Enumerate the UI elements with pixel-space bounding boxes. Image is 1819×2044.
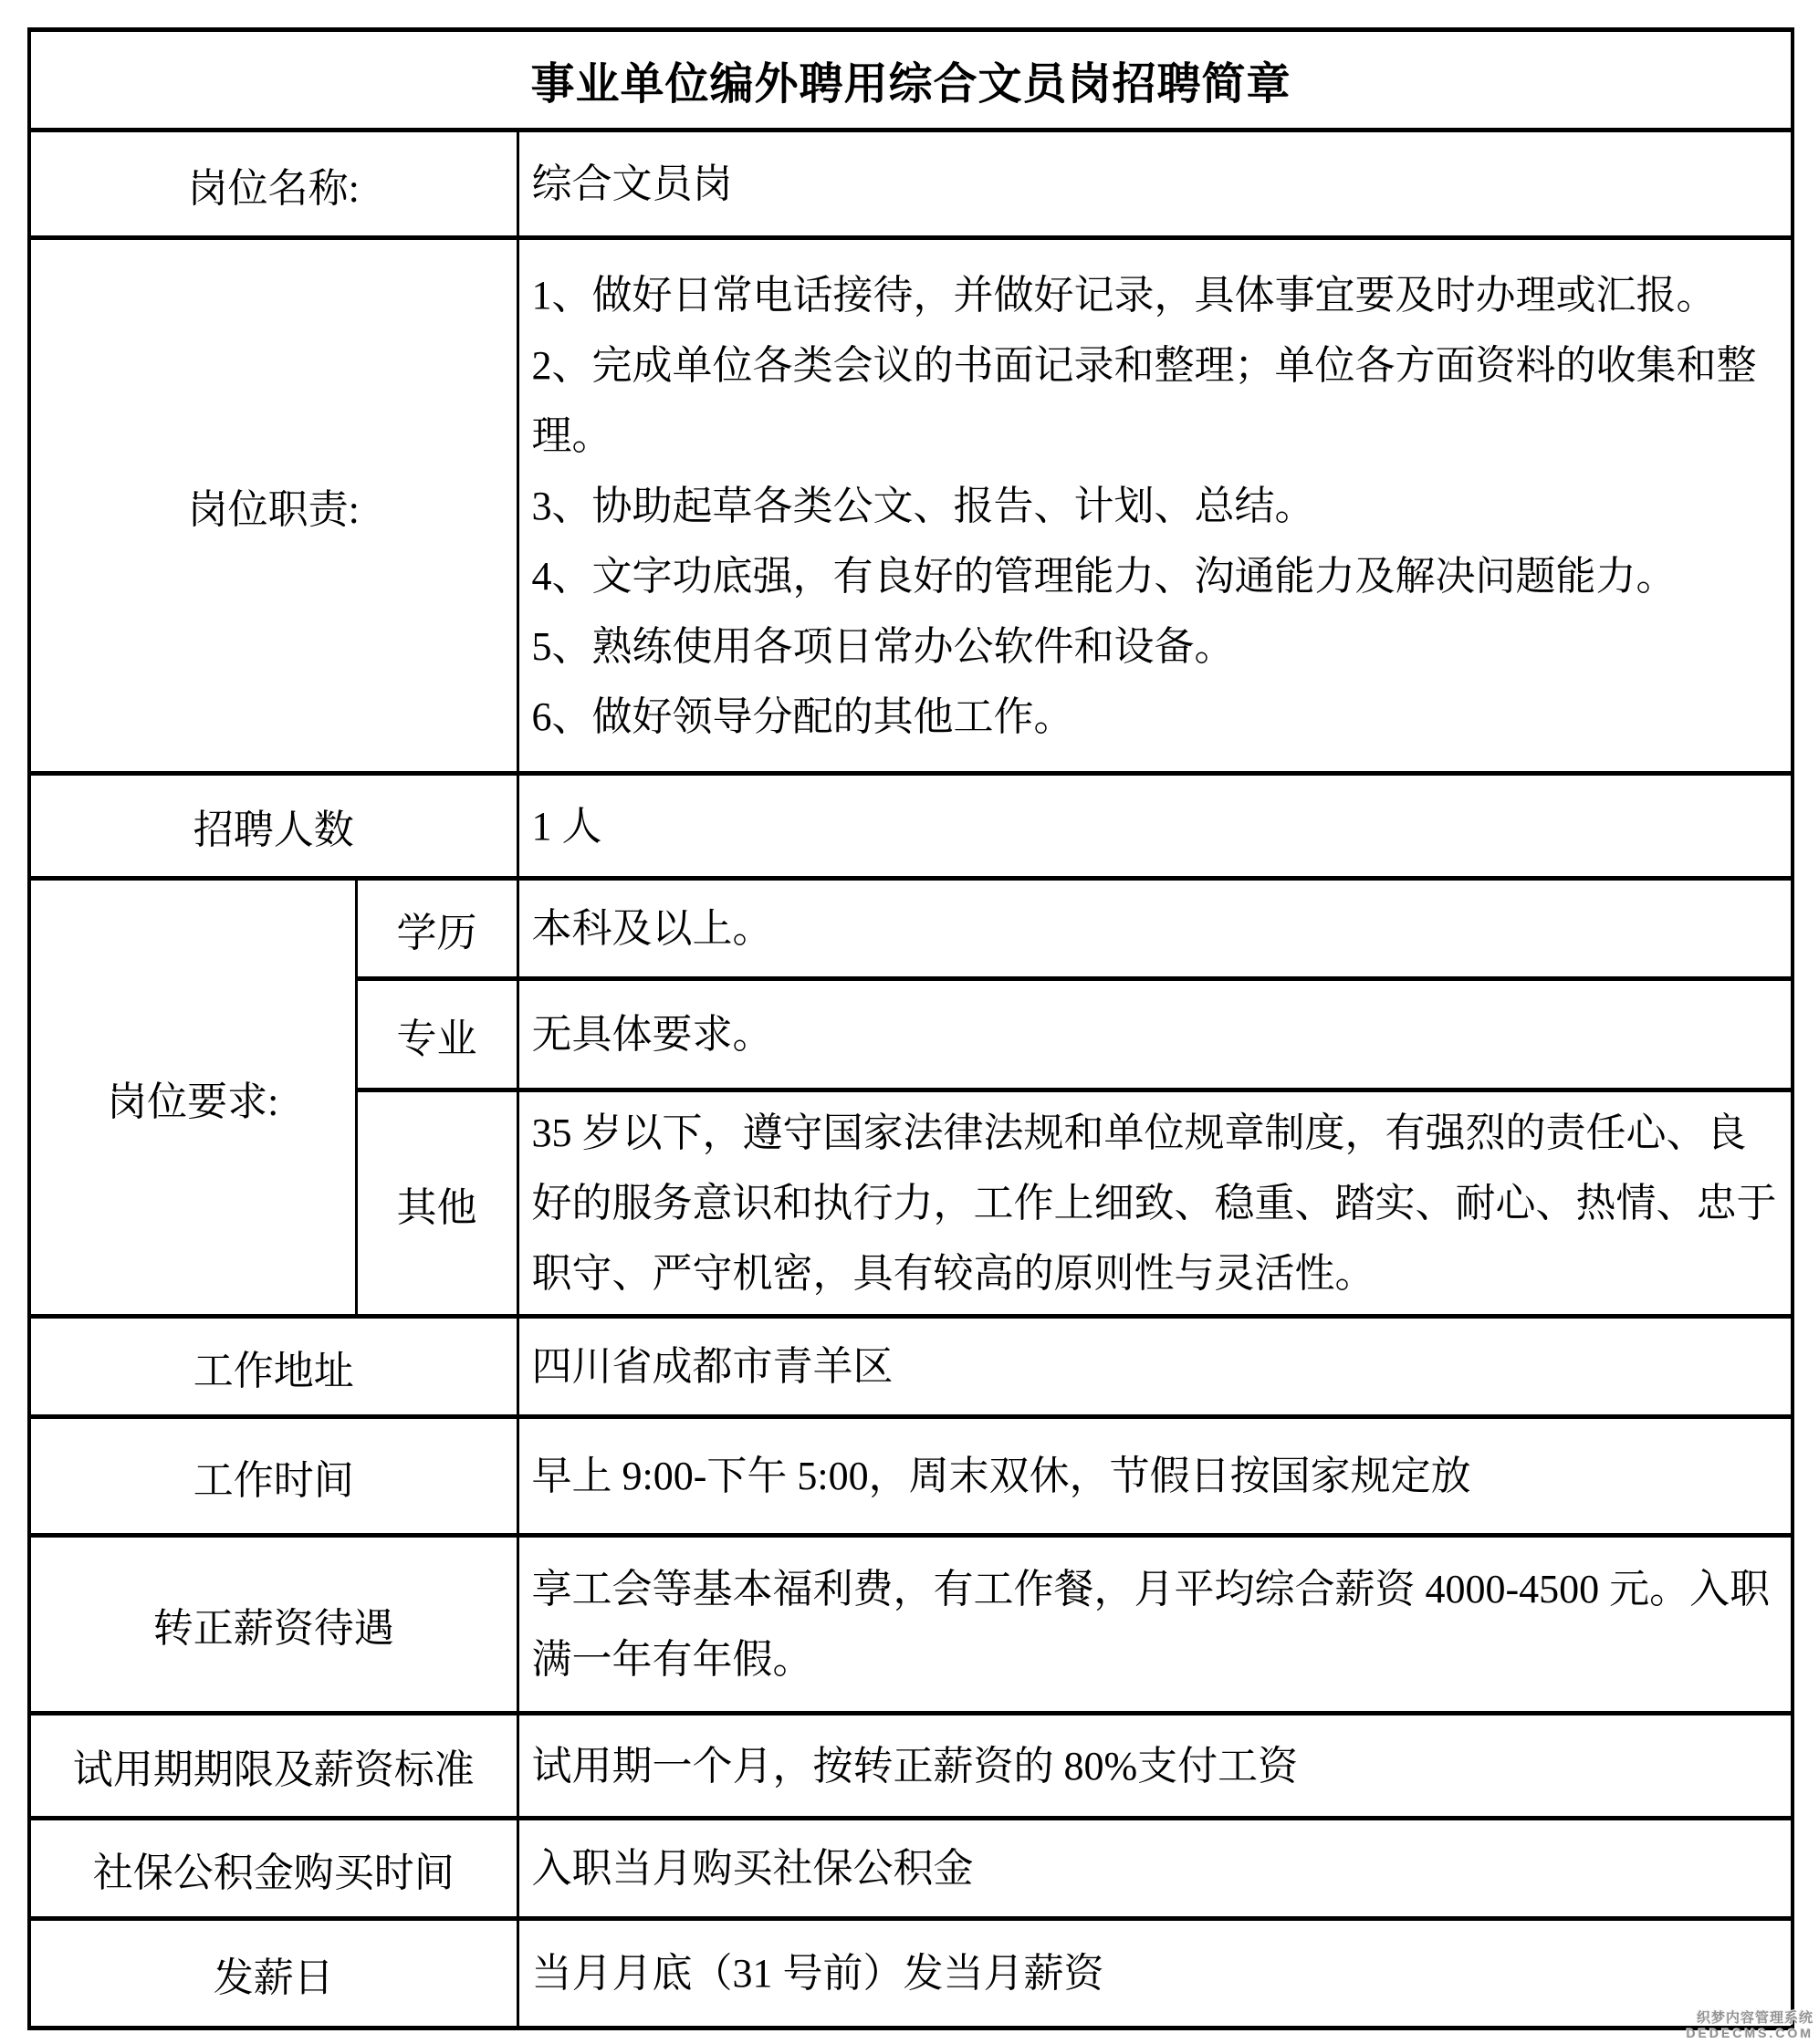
duty-item: 3、协助起草各类公文、报告、计划、总结。 [532,471,1784,541]
duty-item: 1、做好日常电话接待，并做好记录，具体事宜要及时办理或汇报。 [532,260,1784,330]
payday-label: 发薪日 [29,1919,517,2028]
social-security-value: 入职当月购买社保公积金 [517,1819,1793,1919]
table-row: 社保公积金购买时间 入职当月购买社保公积金 [29,1819,1793,1919]
document-title: 事业单位编外聘用综合文员岗招聘简章 [29,30,1793,130]
social-security-label: 社保公积金购买时间 [29,1819,517,1919]
address-value: 四川省成都市青羊区 [517,1317,1793,1417]
salary-label: 转正薪资待遇 [29,1536,517,1714]
table-row: 工作地址 四川省成都市青羊区 [29,1317,1793,1417]
duty-item: 6、做好领导分配的其他工作。 [532,682,1784,752]
major-value: 无具体要求。 [517,979,1793,1090]
address-label: 工作地址 [29,1317,517,1417]
headcount-value: 1 人 [517,774,1793,879]
requirements-label: 岗位要求: [29,879,356,1317]
other-requirements-label: 其他 [356,1090,517,1317]
probation-label: 试用期期限及薪资标准 [29,1714,517,1819]
watermark-en-text: DEDECMS.COM [1686,2027,1814,2040]
recruitment-table: 事业单位编外聘用综合文员岗招聘简章 岗位名称: 综合文员岗 岗位职责: 1、做好… [27,27,1794,2030]
duty-item: 2、完成单位各类会议的书面记录和整理；单位各方面资料的收集和整理。 [532,330,1784,471]
title-row: 事业单位编外聘用综合文员岗招聘简章 [29,30,1793,130]
watermark-cn-text: 织梦内容管理系统 [1686,2011,1814,2027]
education-value: 本科及以上。 [517,879,1793,979]
payday-value: 当月月底（31 号前）发当月薪资 [517,1919,1793,2028]
table-row: 试用期期限及薪资标准 试用期一个月，按转正薪资的 80%支付工资 [29,1714,1793,1819]
duties-label: 岗位职责: [29,238,517,774]
table-row: 岗位要求: 学历 本科及以上。 [29,879,1793,979]
table-row: 岗位职责: 1、做好日常电话接待，并做好记录，具体事宜要及时办理或汇报。2、完成… [29,238,1793,774]
other-requirements-value: 35 岁以下，遵守国家法律法规和单位规章制度，有强烈的责任心、良好的服务意识和执… [517,1090,1793,1317]
table-row: 工作时间 早上 9:00-下午 5:00，周末双休，节假日按国家规定放 [29,1417,1793,1536]
education-label: 学历 [356,879,517,979]
job-name-label: 岗位名称: [29,130,517,238]
table-row: 招聘人数 1 人 [29,774,1793,879]
duty-item: 4、文字功底强，有良好的管理能力、沟通能力及解决问题能力。 [532,541,1784,611]
hours-label: 工作时间 [29,1417,517,1536]
table-row: 转正薪资待遇 享工会等基本福利费，有工作餐，月平均综合薪资 4000-4500 … [29,1536,1793,1714]
table-row: 发薪日 当月月底（31 号前）发当月薪资 [29,1919,1793,2028]
probation-value: 试用期一个月，按转正薪资的 80%支付工资 [517,1714,1793,1819]
table-row: 岗位名称: 综合文员岗 [29,130,1793,238]
major-label: 专业 [356,979,517,1090]
salary-value: 享工会等基本福利费，有工作餐，月平均综合薪资 4000-4500 元。入职满一年… [517,1536,1793,1714]
duties-value: 1、做好日常电话接待，并做好记录，具体事宜要及时办理或汇报。2、完成单位各类会议… [517,238,1793,774]
headcount-label: 招聘人数 [29,774,517,879]
hours-value: 早上 9:00-下午 5:00，周末双休，节假日按国家规定放 [517,1417,1793,1536]
watermark: 织梦内容管理系统 DEDECMS.COM [1686,2011,1814,2040]
job-name-value: 综合文员岗 [517,130,1793,238]
duty-item: 5、熟练使用各项日常办公软件和设备。 [532,611,1784,682]
